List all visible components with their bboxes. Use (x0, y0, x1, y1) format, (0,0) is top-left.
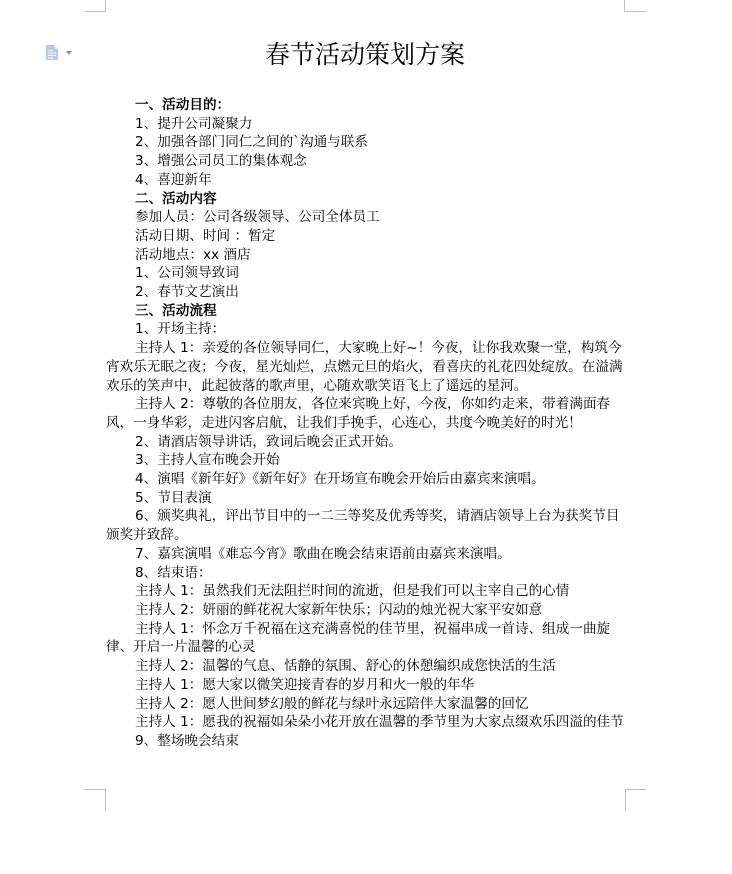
paragraph: 参加人员：公司各级领导、公司全体员工 (106, 208, 626, 227)
paragraph: 主持人 1：虽然我们无法阻拦时间的流逝，但是我们可以主宰自己的心情 (106, 582, 626, 601)
section-heading-purpose: 一、活动目的： (106, 96, 626, 115)
paragraph: 主持人 2：愿人世间梦幻般的鲜花与绿叶永远陪伴大家温馨的回忆 (106, 695, 626, 714)
paragraph: 1、开场主持： (106, 320, 626, 339)
paragraph: 活动地点：xx 酒店 (106, 246, 626, 265)
section-heading-content: 二、活动内容 (106, 190, 626, 209)
margin-mark-bottom-left-v (105, 789, 106, 811)
paragraph: 主持人 1：怀念万千祝福在这充满喜悦的佳节里，祝福串成一首诗、组成一曲旋律、开启… (106, 620, 626, 657)
paragraph: 主持人 2：妍丽的鲜花祝大家新年快乐；闪动的烛光祝大家平安如意 (106, 601, 626, 620)
document-icon (46, 45, 58, 60)
paragraph: 主持人 1：愿大家以微笑迎接青春的岁月和火一般的年华 (106, 676, 626, 695)
caret-down-icon (66, 51, 72, 55)
paragraph: 7、嘉宾演唱《难忘今宵》歌曲在晚会结束语前由嘉宾来演唱。 (106, 545, 626, 564)
margin-mark-bottom-right-h (625, 789, 646, 790)
paragraph: 4、喜迎新年 (106, 171, 626, 190)
paragraph: 主持人 1：亲爱的各位领导同仁，大家晚上好~！今夜，让你我欢聚一堂，构筑今宵欢乐… (106, 339, 626, 395)
paragraph: 5、节目表演 (106, 489, 626, 508)
paragraph: 主持人 1：愿我的祝福如朵朵小花开放在温馨的季节里为大家点缀欢乐四溢的佳节 (106, 713, 626, 732)
margin-mark-top-right-h (624, 11, 646, 12)
section-heading-process: 三、活动流程 (106, 302, 626, 321)
paragraph: 3、主持人宣布晚会开始 (106, 451, 626, 470)
paragraph: 主持人 2：尊敬的各位朋友，各位来宾晚上好，今夜，你如约走来，带着满面春风，一身… (106, 395, 626, 432)
paragraph: 2、春节文艺演出 (106, 283, 626, 302)
paragraph: 4、演唱《新年好》《新年好》在开场宣布晚会开始后由嘉宾来演唱。 (106, 470, 626, 489)
paragraph: 6、颁奖典礼，评出节目中的一二三等奖及优秀等奖，请酒店领导上台为获奖节目颁奖并致… (106, 507, 626, 544)
paragraph: 3、增强公司员工的集体观念 (106, 152, 626, 171)
paragraph: 1、提升公司凝聚力 (106, 115, 626, 134)
paragraph: 1、公司领导致词 (106, 264, 626, 283)
paragraph: 2、加强各部门同仁之间的`沟通与联系 (106, 133, 626, 152)
document-body: 一、活动目的： 1、提升公司凝聚力 2、加强各部门同仁之间的`沟通与联系 3、增… (106, 96, 626, 751)
paragraph: 活动日期、时间 ：暂定 (106, 227, 626, 246)
paragraph: 2、请酒店领导讲话，致词后晚会正式开始。 (106, 433, 626, 452)
margin-mark-bottom-right-v (625, 789, 626, 811)
paragraph: 9、整场晚会结束 (106, 732, 626, 751)
paragraph: 主持人 2：温馨的气息、恬静的氛围、舒心的休憩编织成您快活的生活 (106, 657, 626, 676)
margin-mark-bottom-left-h (85, 789, 106, 790)
document-title: 春节活动策划方案 (106, 38, 624, 72)
document-menu-button[interactable] (44, 43, 72, 63)
paragraph: 8、结束语： (106, 564, 626, 583)
margin-mark-top-left-h (85, 11, 106, 12)
